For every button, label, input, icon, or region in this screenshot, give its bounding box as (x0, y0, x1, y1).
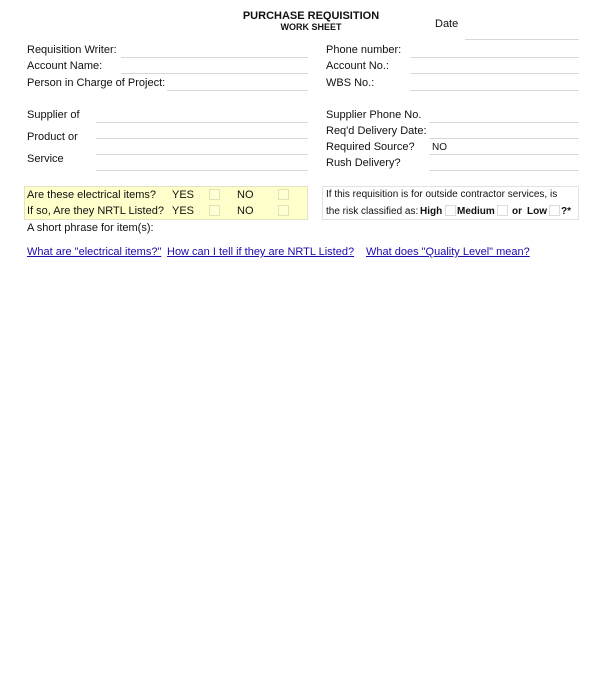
electrical-yes-label: YES (172, 189, 194, 201)
account-no-field[interactable] (410, 60, 579, 74)
risk-high-label: High (420, 206, 442, 217)
nrtl-question: If so, Are they NRTL Listed? (27, 205, 164, 217)
rush-delivery-field[interactable] (429, 157, 579, 171)
account-name-field[interactable] (121, 60, 308, 74)
supplier-field-line2[interactable] (96, 125, 308, 139)
form-title: PURCHASE REQUISITION (0, 10, 600, 22)
nrtl-yes-checkbox[interactable] (209, 205, 220, 216)
electrical-question: Are these electrical items? (27, 189, 156, 201)
risk-suffix: ?* (561, 206, 571, 217)
nrtl-no-checkbox[interactable] (278, 205, 289, 216)
risk-low-label: Low (527, 206, 547, 217)
account-no-label: Account No.: (326, 60, 389, 72)
nrtl-no-label: NO (237, 205, 254, 217)
phone-number-label: Phone number: (326, 44, 401, 56)
required-source-label: Required Source? (326, 141, 415, 153)
electrical-no-checkbox[interactable] (278, 189, 289, 200)
supplier-label-line1: Supplier of (27, 109, 80, 121)
supplier-field-line1[interactable] (96, 109, 308, 123)
requisition-writer-field[interactable] (121, 44, 308, 58)
short-phrase-label: A short phrase for item(s): (27, 222, 154, 234)
wbs-no-field[interactable] (410, 77, 579, 91)
rush-delivery-label: Rush Delivery? (326, 157, 401, 169)
electrical-no-label: NO (237, 189, 254, 201)
date-label: Date (435, 18, 458, 30)
person-in-charge-field[interactable] (167, 77, 308, 91)
link-electrical-items[interactable]: What are "electrical items?" (27, 246, 161, 258)
link-nrtl-listed[interactable]: How can I tell if they are NRTL Listed? (167, 246, 354, 258)
link-quality-level[interactable]: What does "Quality Level" mean? (366, 246, 530, 258)
risk-low-checkbox[interactable] (549, 205, 560, 216)
reqd-delivery-date-label: Req'd Delivery Date: (326, 125, 427, 137)
risk-high-checkbox[interactable] (445, 205, 456, 216)
person-in-charge-label: Person in Charge of Project: (27, 77, 165, 89)
electrical-yes-checkbox[interactable] (209, 189, 220, 200)
risk-medium-checkbox[interactable] (497, 205, 508, 216)
supplier-label-line3: Service (27, 153, 64, 165)
phone-number-field[interactable] (410, 44, 579, 58)
supplier-field-line4[interactable] (96, 157, 308, 171)
risk-or-label: or (512, 206, 522, 217)
supplier-label-line2: Product or (27, 131, 78, 143)
requisition-writer-label: Requisition Writer: (27, 44, 117, 56)
account-name-label: Account Name: (27, 60, 102, 72)
required-source-field[interactable] (429, 141, 579, 155)
wbs-no-label: WBS No.: (326, 77, 374, 89)
date-field[interactable] (465, 26, 579, 40)
supplier-phone-field[interactable] (429, 109, 579, 123)
risk-medium-label: Medium (457, 206, 495, 217)
supplier-field-line3[interactable] (96, 141, 308, 155)
supplier-phone-label: Supplier Phone No. (326, 109, 421, 121)
reqd-delivery-date-field[interactable] (429, 125, 579, 139)
risk-question-line1: If this requisition is for outside contr… (326, 189, 557, 200)
risk-question-prefix: the risk classified as: (326, 206, 418, 217)
nrtl-yes-label: YES (172, 205, 194, 217)
